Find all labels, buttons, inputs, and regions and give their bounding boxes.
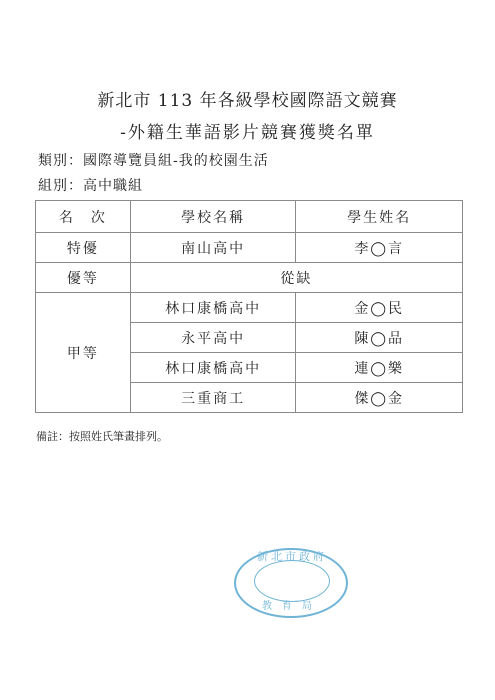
rank-cell: 優等 [36,263,131,293]
header-school: 學校名稱 [130,201,296,233]
seal-inner-ring [254,560,330,602]
seal-bottom-text: 教育局 [252,597,332,612]
student-cell: 金◯民 [296,293,463,323]
group-label: 組別：高中職組 [38,175,143,195]
school-cell: 三重商工 [130,383,296,413]
header-student: 學生姓名 [296,201,463,233]
category-label: 類別：國際導覽員組-我的校園生活 [38,150,269,170]
footnote: 備註：按照姓氏筆畫排列。 [36,428,168,444]
table-row: 甲等 林口康橋高中 金◯民 [36,293,463,323]
student-cell: 連◯樂 [296,353,463,383]
student-cell: 傑◯金 [296,383,463,413]
document-subtitle: -外籍生華語影片競賽獲獎名單 [0,118,495,143]
document-title: 新北市 113 年各級學校國際語文競賽 [0,86,495,111]
school-cell: 林口康橋高中 [130,353,296,383]
rank-cell: 甲等 [36,293,131,413]
rank-cell: 特優 [36,233,131,263]
vacant-cell: 從缺 [130,263,462,293]
student-cell: 李◯言 [296,233,463,263]
table-row: 優等 從缺 [36,263,463,293]
header-rank: 名 次 [36,201,131,233]
table-row: 特優 南山高中 李◯言 [36,233,463,263]
school-cell: 永平高中 [130,323,296,353]
school-cell: 南山高中 [130,233,296,263]
student-cell: 陳◯品 [296,323,463,353]
award-table: 名 次 學校名稱 學生姓名 特優 南山高中 李◯言 優等 從缺 甲等 林口康橋高… [35,200,463,413]
seal-top-text: 新北市政府 [252,548,332,564]
school-cell: 林口康橋高中 [130,293,296,323]
table-header-row: 名 次 學校名稱 學生姓名 [36,201,463,233]
